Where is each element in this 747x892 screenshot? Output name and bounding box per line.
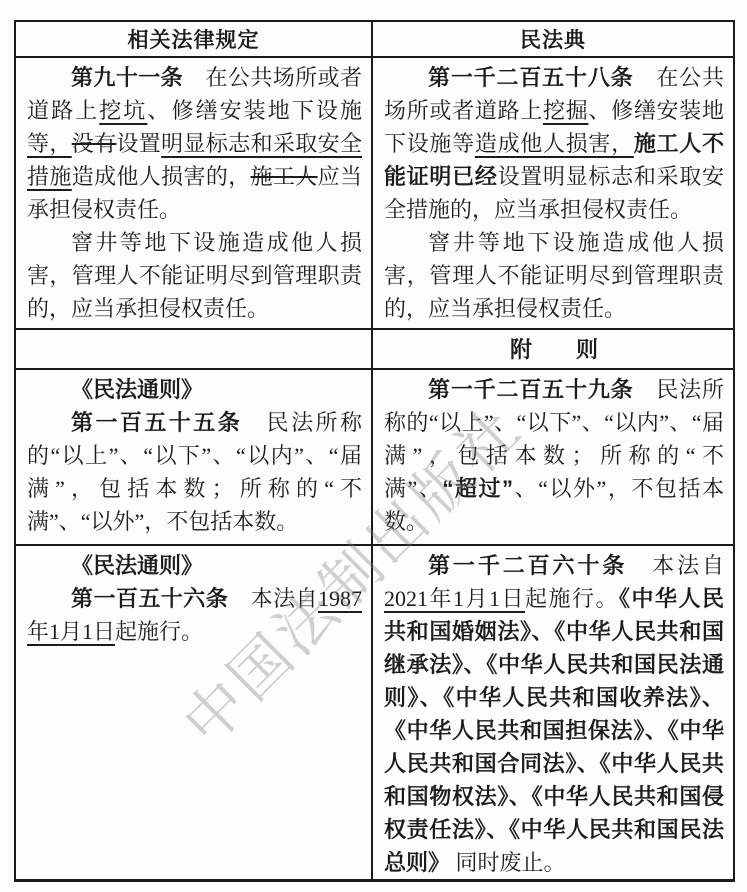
text-segment: 、修缮安装地下设施 — [147, 98, 362, 123]
text-segment: 2021年1月1日 — [384, 586, 525, 611]
text-segment: 第一千二百五十九条 — [428, 377, 633, 402]
text-segment: 挖坑 — [99, 98, 147, 123]
text-segment: 同时废止。 — [450, 850, 566, 875]
text-segment: 第一千二百六十条 — [428, 553, 627, 578]
text-segment: 第一千二百五十八条 — [428, 65, 633, 90]
text-segment: 造成他人损害的， — [72, 164, 251, 189]
paragraph: 窨井等地下设施造成他人损害，管理人不能证明尽到管理职责的，应当承担侵权责任。 — [384, 226, 724, 325]
paragraph: 窨井等地下设施造成他人损害，管理人不能证明尽到管理职责的，应当承担侵权责任。 — [27, 226, 362, 325]
text-segment: 本法自 — [627, 553, 724, 578]
paragraph: 第一千二百五十九条 民法所称的“以上”、“以下”、“以内”、“届满”，包括本数；… — [384, 373, 724, 538]
text-segment: 没有 — [72, 131, 117, 156]
text-segment: 起施行。 — [525, 586, 619, 611]
cell-empty — [16, 330, 373, 370]
text-segment: 附 则 — [510, 337, 598, 362]
cell-appendix-heading: 附 则 — [373, 330, 733, 370]
scanned-page: 相关法律规定 民法典 第九十一条 在公共场所或者道路上挖坑、修缮安装地下设施等，… — [0, 0, 747, 892]
paragraph: 《民法通则》 — [27, 373, 362, 406]
paragraph: 第一千二百六十条 本法自2021年1月1日起施行。《中华人民共和国婚姻法》、《中… — [384, 549, 724, 879]
text-segment: 施工人 — [251, 164, 318, 189]
text-segment: 窨井等地下设施造成他人损害，管理人不能证明尽到管理职责的，应当承担侵权责任。 — [27, 230, 362, 321]
paragraph: 第一百五十六条 本法自1987年1月1日起施行。 — [27, 582, 362, 648]
header-right-label: 民法典 — [520, 24, 586, 54]
text-segment: 本法自 — [228, 586, 318, 611]
cell-article-155: 《民法通则》第一百五十五条 民法所称的“以上”、“以下”、“以内”、“届满”，包… — [16, 370, 373, 546]
header-left-label: 相关法律规定 — [128, 24, 260, 54]
text-segment: 设置 — [116, 131, 161, 156]
text-segment: 第一百五十五条 — [71, 410, 242, 435]
header-related-laws: 相关法律规定 — [16, 22, 373, 58]
paragraph: 第一千二百五十八条 在公共场所或者道路上挖掘、修缮安装地下设施等造成他人损害，施… — [384, 61, 724, 226]
header-civil-code: 民法典 — [373, 22, 733, 58]
text-segment: 造成他人损害， — [475, 131, 634, 156]
text-segment: 挖掘 — [543, 98, 588, 123]
comparison-table: 相关法律规定 民法典 第九十一条 在公共场所或者道路上挖坑、修缮安装地下设施等，… — [14, 20, 735, 882]
cell-article-1258: 第一千二百五十八条 在公共场所或者道路上挖掘、修缮安装地下设施等造成他人损害，施… — [373, 58, 733, 330]
cell-article-91: 第九十一条 在公共场所或者道路上挖坑、修缮安装地下设施等，没有设置明显标志和采取… — [16, 58, 373, 330]
text-segment: 窨井等地下设施造成他人损害，管理人不能证明尽到管理职责的，应当承担侵权责任。 — [384, 230, 724, 321]
paragraph: 附 则 — [384, 333, 724, 366]
cell-article-156: 《民法通则》第一百五十六条 本法自1987年1月1日起施行。 — [16, 546, 373, 879]
text-segment: 《民法通则》 — [71, 377, 203, 402]
paragraph: 第九十一条 在公共场所或者道路上挖坑、修缮安装地下设施等，没有设置明显标志和采取… — [27, 61, 362, 226]
text-segment: 第九十一条 — [71, 65, 183, 90]
text-segment: 等， — [27, 131, 72, 156]
text-segment: 第一百五十六条 — [71, 586, 228, 611]
text-segment: 起施行。 — [115, 619, 203, 644]
text-segment: 《中华人民共和国婚姻法》、《中华人民共和国继承法》、《中华人民共和国民法通则》、… — [384, 586, 724, 875]
paragraph: 《民法通则》 — [27, 549, 362, 582]
cell-article-1260: 第一千二百六十条 本法自2021年1月1日起施行。《中华人民共和国婚姻法》、《中… — [373, 546, 733, 879]
text-segment: “超过” — [442, 476, 513, 501]
paragraph: 第一百五十五条 民法所称的“以上”、“以下”、“以内”、“届满”，包括本数；所称… — [27, 406, 362, 538]
cell-article-1259: 第一千二百五十九条 民法所称的“以上”、“以下”、“以内”、“届满”，包括本数；… — [373, 370, 733, 546]
text-segment: 《民法通则》 — [71, 553, 203, 578]
